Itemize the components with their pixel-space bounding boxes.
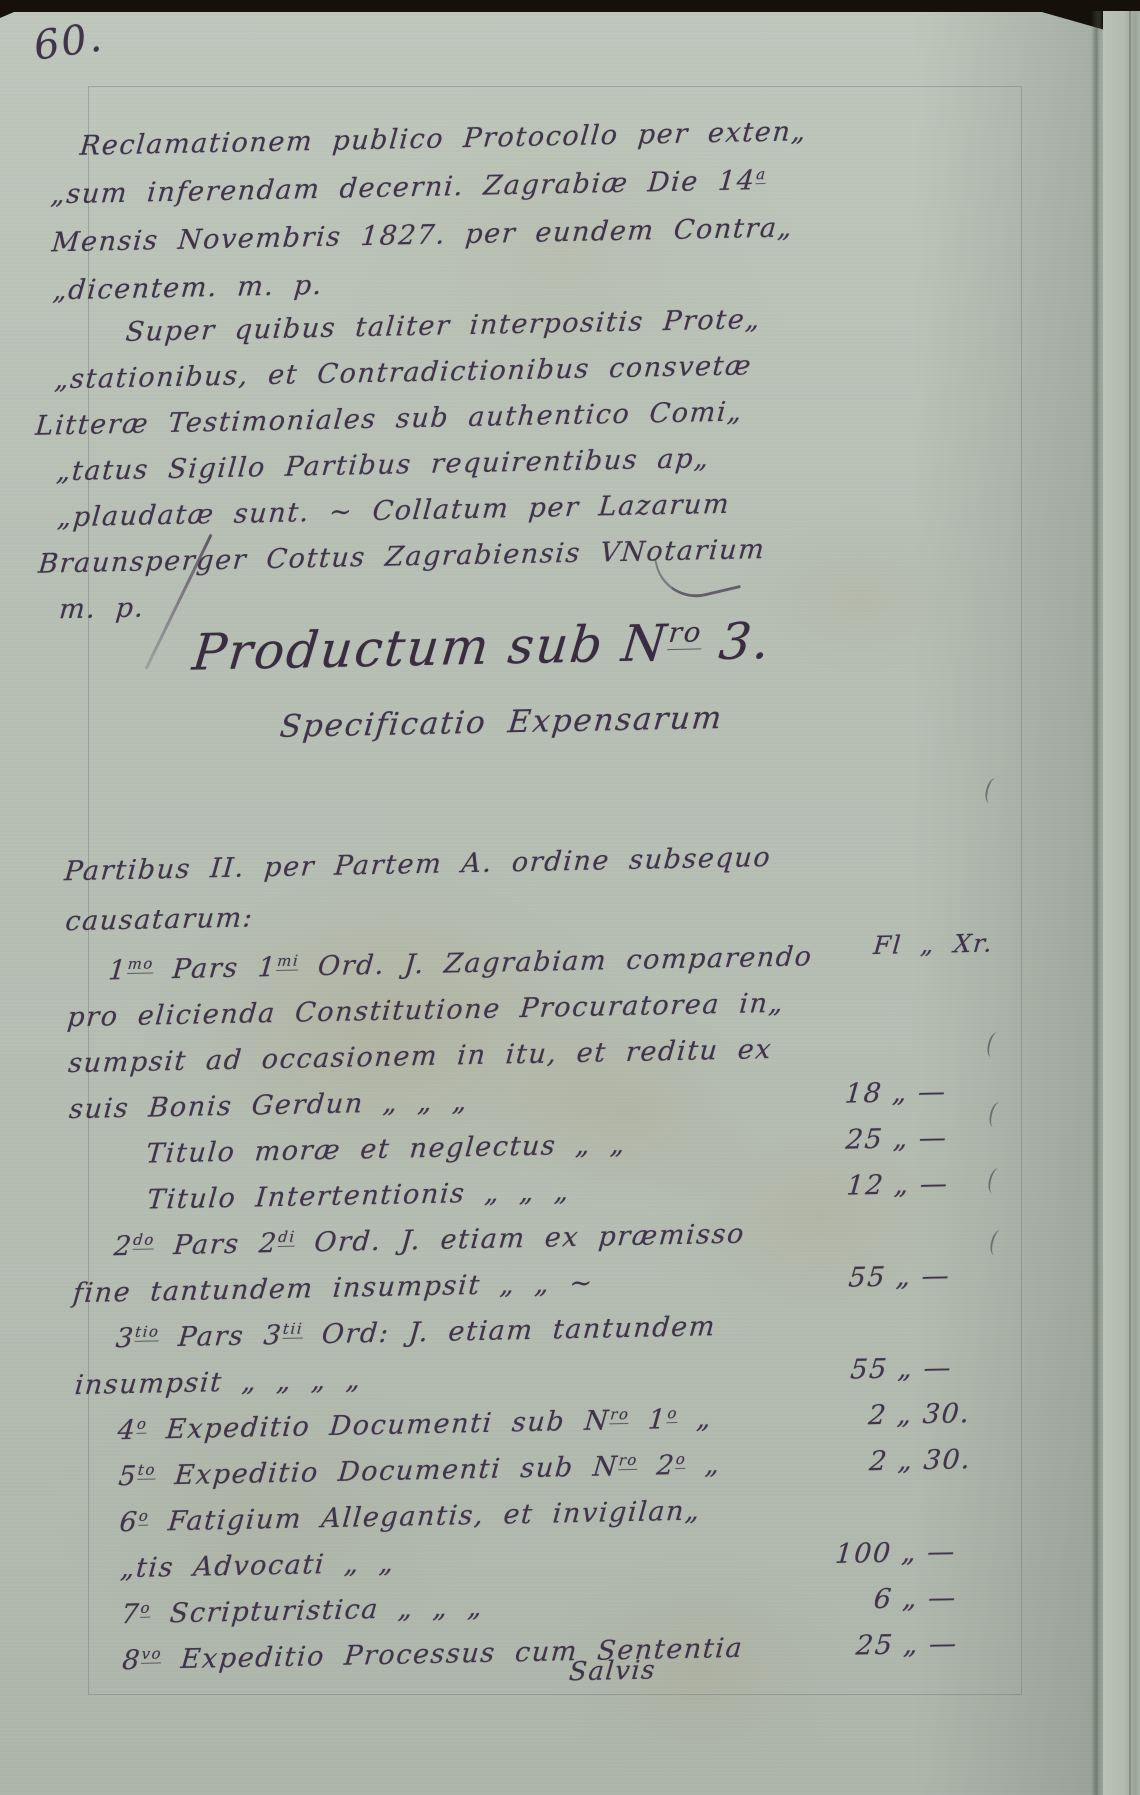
amount-separator: „ bbox=[891, 1116, 911, 1162]
amount-separator: „ bbox=[892, 1162, 912, 1208]
amount-florins: 12 bbox=[824, 1163, 886, 1210]
amount-florins: 18 bbox=[823, 1071, 885, 1118]
section-heading-productum: Productum sub Nro 3. bbox=[55, 590, 909, 703]
amount-florins: 55 bbox=[826, 1255, 888, 1302]
amount-kreuzer: — bbox=[917, 1115, 967, 1162]
amount-separator: „ bbox=[896, 1438, 916, 1484]
amount-kreuzer: — bbox=[927, 1621, 977, 1668]
currency-column-header: Fl „ Xr. bbox=[811, 921, 995, 971]
amount: 25„— bbox=[793, 1621, 977, 1671]
amount-florins: 25 bbox=[823, 1117, 885, 1164]
page-edge-sliver bbox=[1103, 11, 1140, 1795]
amount-florins: 25 bbox=[834, 1623, 896, 1670]
amount: 6„— bbox=[792, 1575, 976, 1625]
amount-florins: 2 bbox=[828, 1439, 890, 1486]
amount-separator: „ bbox=[900, 1530, 920, 1576]
amount: 12„— bbox=[784, 1161, 968, 1211]
page-number: 60. bbox=[31, 14, 106, 69]
amount-separator: „ bbox=[895, 1392, 915, 1438]
amount-separator: „ bbox=[901, 1576, 921, 1622]
expense-list: 1mo Pars 1mi Ord. J. Zagrabiam comparend… bbox=[66, 931, 976, 1685]
amount-kreuzer: — bbox=[925, 1529, 975, 1576]
amount-kreuzer: — bbox=[920, 1253, 970, 1300]
amount-separator: „ bbox=[902, 1622, 922, 1668]
manuscript-scan: 60. Reclamationem publico Protocollo per… bbox=[0, 0, 1140, 1795]
amount-separator: „ bbox=[890, 1070, 910, 1116]
amount-florins: 100 bbox=[832, 1531, 894, 1578]
amount-kreuzer: — bbox=[922, 1345, 972, 1392]
amount: 2„30. bbox=[789, 1437, 973, 1487]
amount-separator: „ bbox=[894, 1254, 914, 1300]
catchword: Salvis bbox=[511, 1654, 714, 1688]
amount-separator: „ bbox=[896, 1346, 916, 1392]
page-edge-line bbox=[1129, 11, 1131, 1795]
amount: 25„— bbox=[783, 1115, 967, 1165]
amount-kreuzer: — bbox=[916, 1069, 966, 1116]
amount-kreuzer: 30. bbox=[921, 1391, 973, 1438]
amount-kreuzer: 30. bbox=[922, 1437, 974, 1484]
amount: 100„— bbox=[791, 1529, 975, 1579]
handwritten-ink-layer: 60. Reclamationem publico Protocollo per… bbox=[47, 0, 978, 1795]
amount-florins: 6 bbox=[833, 1577, 895, 1624]
page-crease bbox=[1091, 11, 1103, 1795]
amount-kreuzer: — bbox=[918, 1161, 968, 1208]
amount-florins: 2 bbox=[827, 1393, 889, 1440]
amount: 18„— bbox=[782, 1069, 966, 1119]
amount: 55„— bbox=[786, 1253, 970, 1303]
amount-florins: 55 bbox=[828, 1347, 890, 1394]
amount: 55„— bbox=[788, 1345, 972, 1395]
paragraph-reclamation: Reclamationem publico Protocollo per ext… bbox=[49, 105, 948, 315]
amount-kreuzer: — bbox=[926, 1575, 976, 1622]
amount: 2„30. bbox=[789, 1391, 973, 1441]
